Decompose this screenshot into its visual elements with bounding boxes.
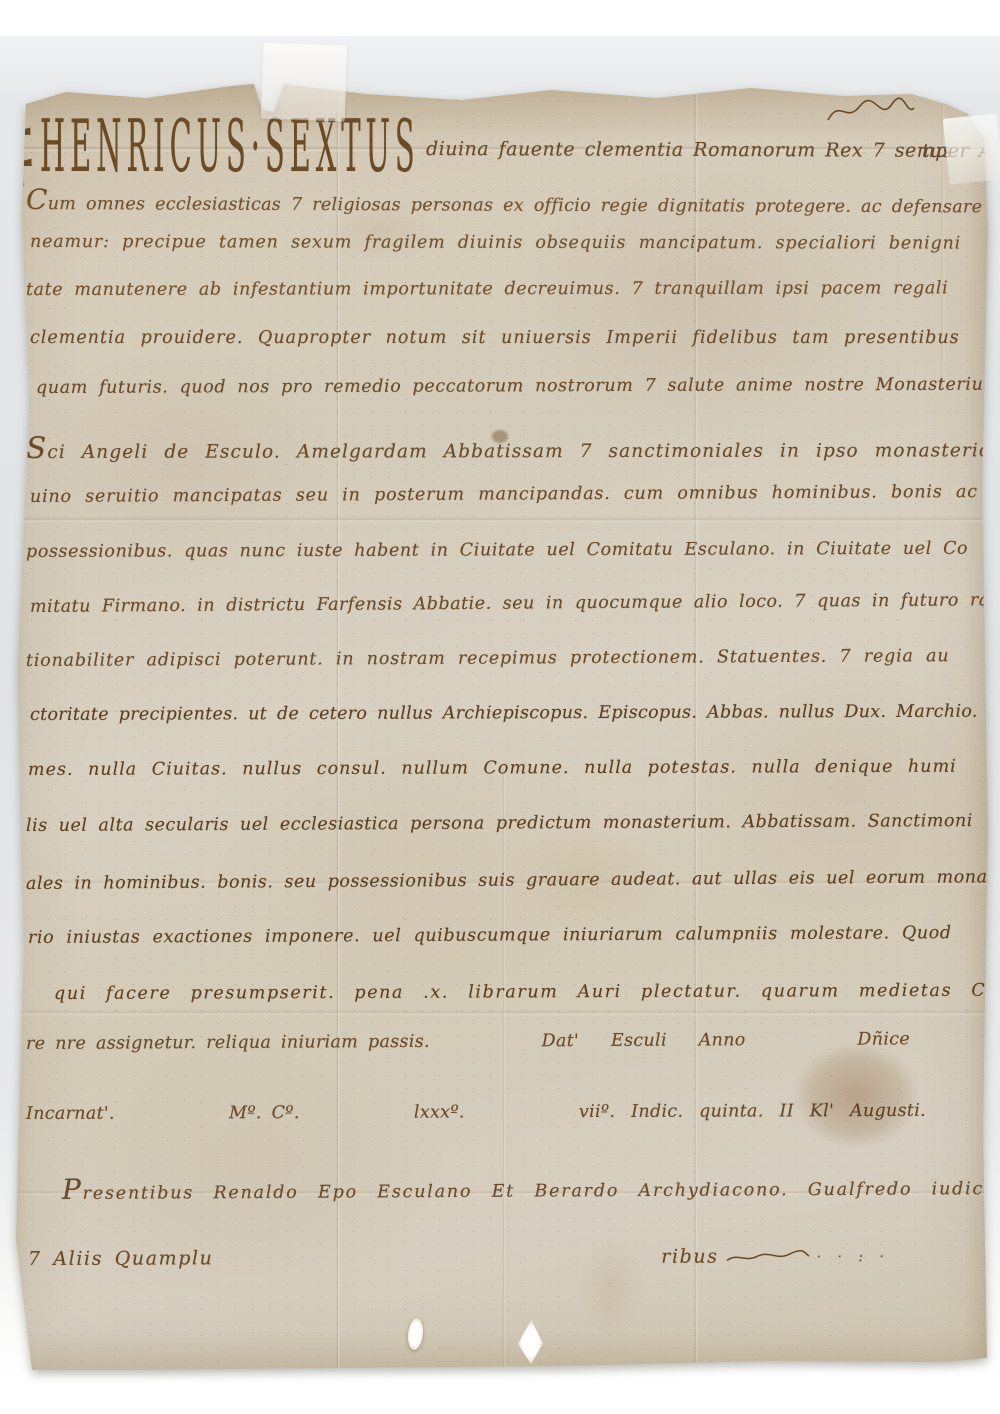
- year-lxxx: lxxxº.: [414, 1104, 465, 1122]
- charter-line-9: possessionibus. quas nunc iuste habent i…: [26, 541, 968, 562]
- charter-line-2: Cum omnes ecclesiasticas 7 religiosas pe…: [26, 186, 1000, 217]
- closing-flourish-icon: [725, 1248, 811, 1266]
- charter-line-8: uino seruitio mancipatas seu in posterum…: [30, 484, 978, 506]
- charter-line-6: quam futuris. quod nos pro remedio pecca…: [36, 377, 1000, 398]
- charter-line-20: Presentibus Renaldo Epo Esculano Et Bera…: [62, 1171, 1000, 1204]
- charter-line-11: tionabiliter adipisci poterunt. in nostr…: [26, 648, 950, 670]
- fold-crease-vertical-3: [502, 768, 506, 1368]
- closing-right-group: ribus · · : ·: [661, 1247, 888, 1267]
- seal-slit-right: [517, 1320, 544, 1365]
- assignment-clause: re nre assignetur. reliqua iniuriam pass…: [26, 1034, 430, 1054]
- parchment-sheet: ‡ HENRICUS·SEXTUS diuina fauente clement…: [6, 68, 994, 1372]
- charter-line-18: re nre assignetur. reliqua iniuriam pass…: [26, 1031, 910, 1053]
- closing-ribus: ribus: [661, 1248, 718, 1267]
- adhesive-tape-right: [943, 113, 1000, 184]
- manuscript-photo: ‡ HENRICUS·SEXTUS diuina fauente clement…: [0, 0, 1000, 1414]
- charter-line-15: ales in hominibus. bonis. seu possession…: [26, 869, 1000, 893]
- year-incarnationis: Incarnat'.: [26, 1106, 115, 1124]
- edge-shading-bottom: [6, 1332, 994, 1372]
- fold-crease-horizontal-2: [6, 517, 994, 523]
- charter-line-4: tate manutenere ab infestantium importun…: [26, 280, 948, 299]
- charter-line-16: rio iniustas exactiones imponere. uel qu…: [28, 925, 952, 947]
- charter-line-7: Sci Angeli de Esculo. Amelgardam Abbatis…: [26, 432, 1000, 463]
- royal-intitulatio: HENRICUS·SEXTUS: [40, 106, 420, 189]
- charter-line-17: qui facere presumpserit. pena .x. librar…: [54, 983, 1000, 1004]
- datum-dominice: Dñice: [857, 1031, 910, 1049]
- edge-shading-left: [6, 68, 28, 1372]
- stain-bottom-streak: [566, 1218, 656, 1358]
- heading-continuation: diuina fauente clementia Romanorum Rex 7…: [426, 140, 1000, 161]
- charter-line-10: mitatu Firmano. in districtu Farfensis A…: [30, 592, 990, 616]
- year-m-c: Mº. Cº.: [229, 1105, 300, 1123]
- closing-left: 7 Aliis Quamplu: [28, 1249, 214, 1269]
- fold-crease-horizontal-4: [6, 1010, 994, 1016]
- seal-slit-left: [406, 1317, 424, 1350]
- charter-line-21: 7 Aliis Quamplu ribus · · : ·: [28, 1247, 888, 1269]
- adhesive-tape-top: [261, 43, 348, 122]
- parchment-wrap: ‡ HENRICUS·SEXTUS diuina fauente clement…: [6, 68, 994, 1372]
- datum-place: Dat' Esculi Anno: [542, 1032, 746, 1051]
- charter-line-13: mes. nulla Ciuitas. nullus consul. nullu…: [28, 759, 957, 780]
- closing-dots: · · : ·: [817, 1249, 888, 1263]
- charter-line-12: ctoritate precipientes. ut de cetero nul…: [30, 704, 1000, 725]
- pen-flourish-icon: [826, 96, 918, 126]
- charter-line-19: Incarnat'. Mº. Cº. lxxxº. viiº. Indic. q…: [26, 1103, 926, 1124]
- charter-line-5: clementia prouidere. Quapropter notum si…: [30, 330, 960, 348]
- charter-line-14: lis uel alta secularis uel ecclesiastica…: [26, 813, 973, 835]
- year-indiction-day: viiº. Indic. quinta. II Kl' Augusti.: [579, 1103, 926, 1122]
- charter-line-3: neamur: precipue tamen sexum fragilem di…: [30, 234, 961, 253]
